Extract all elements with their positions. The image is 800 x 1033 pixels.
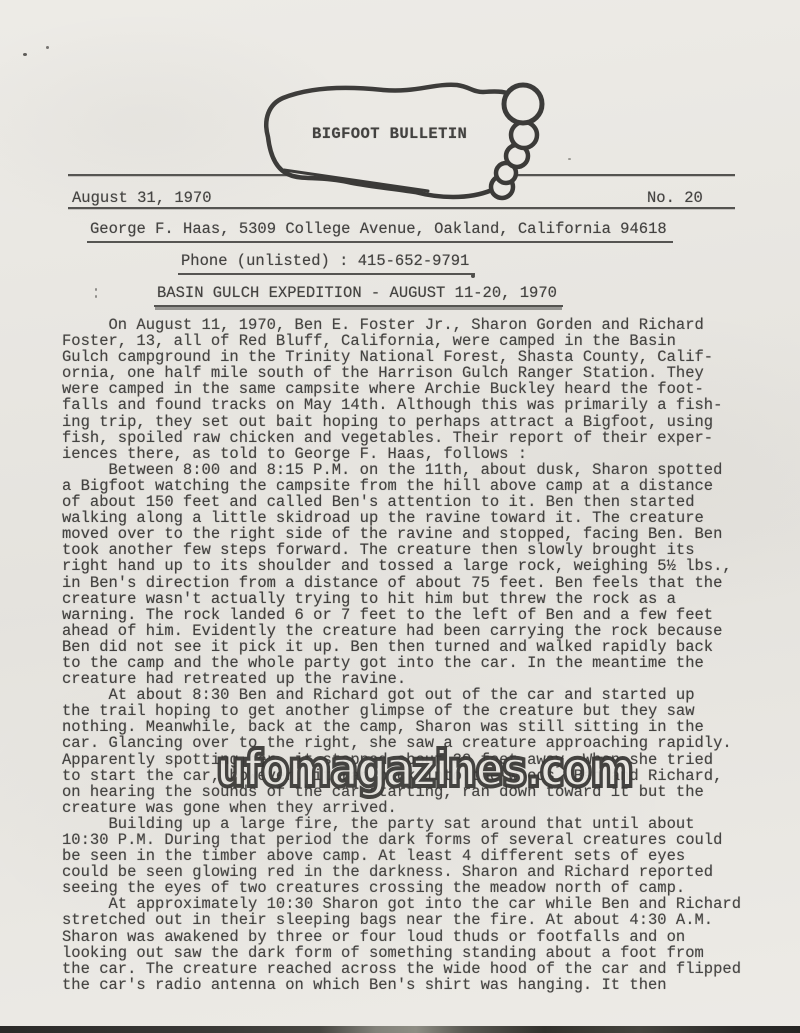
scan-speck xyxy=(95,288,97,291)
scan-speck xyxy=(23,53,27,56)
watermark: ufomagazines.com xyxy=(216,744,632,794)
scan-speck xyxy=(95,295,97,298)
issue-date: August 31, 1970 xyxy=(72,189,212,207)
footprint-toe-icon xyxy=(504,85,542,123)
article-title: BASIN GULCH EXPEDITION - AUGUST 11-20, 1… xyxy=(154,284,563,307)
scan-speck xyxy=(471,274,475,278)
article-body: On August 11, 1970, Ben E. Foster Jr., S… xyxy=(62,317,741,993)
publisher-address: George F. Haas, 5309 College Avenue, Oak… xyxy=(87,220,673,243)
masthead-title: BIGFOOT BULLETIN xyxy=(312,125,467,143)
issue-number: No. 20 xyxy=(647,189,703,207)
document-page: BIGFOOT BULLETIN August 31, 1970 No. 20 … xyxy=(0,0,800,1033)
footprint-toe-icon xyxy=(511,122,537,148)
scan-speck xyxy=(568,158,571,160)
publisher-phone: Phone (unlisted) : 415-652-9791 xyxy=(178,252,475,275)
scan-edge-band xyxy=(0,1026,800,1033)
scan-speck xyxy=(46,46,49,49)
